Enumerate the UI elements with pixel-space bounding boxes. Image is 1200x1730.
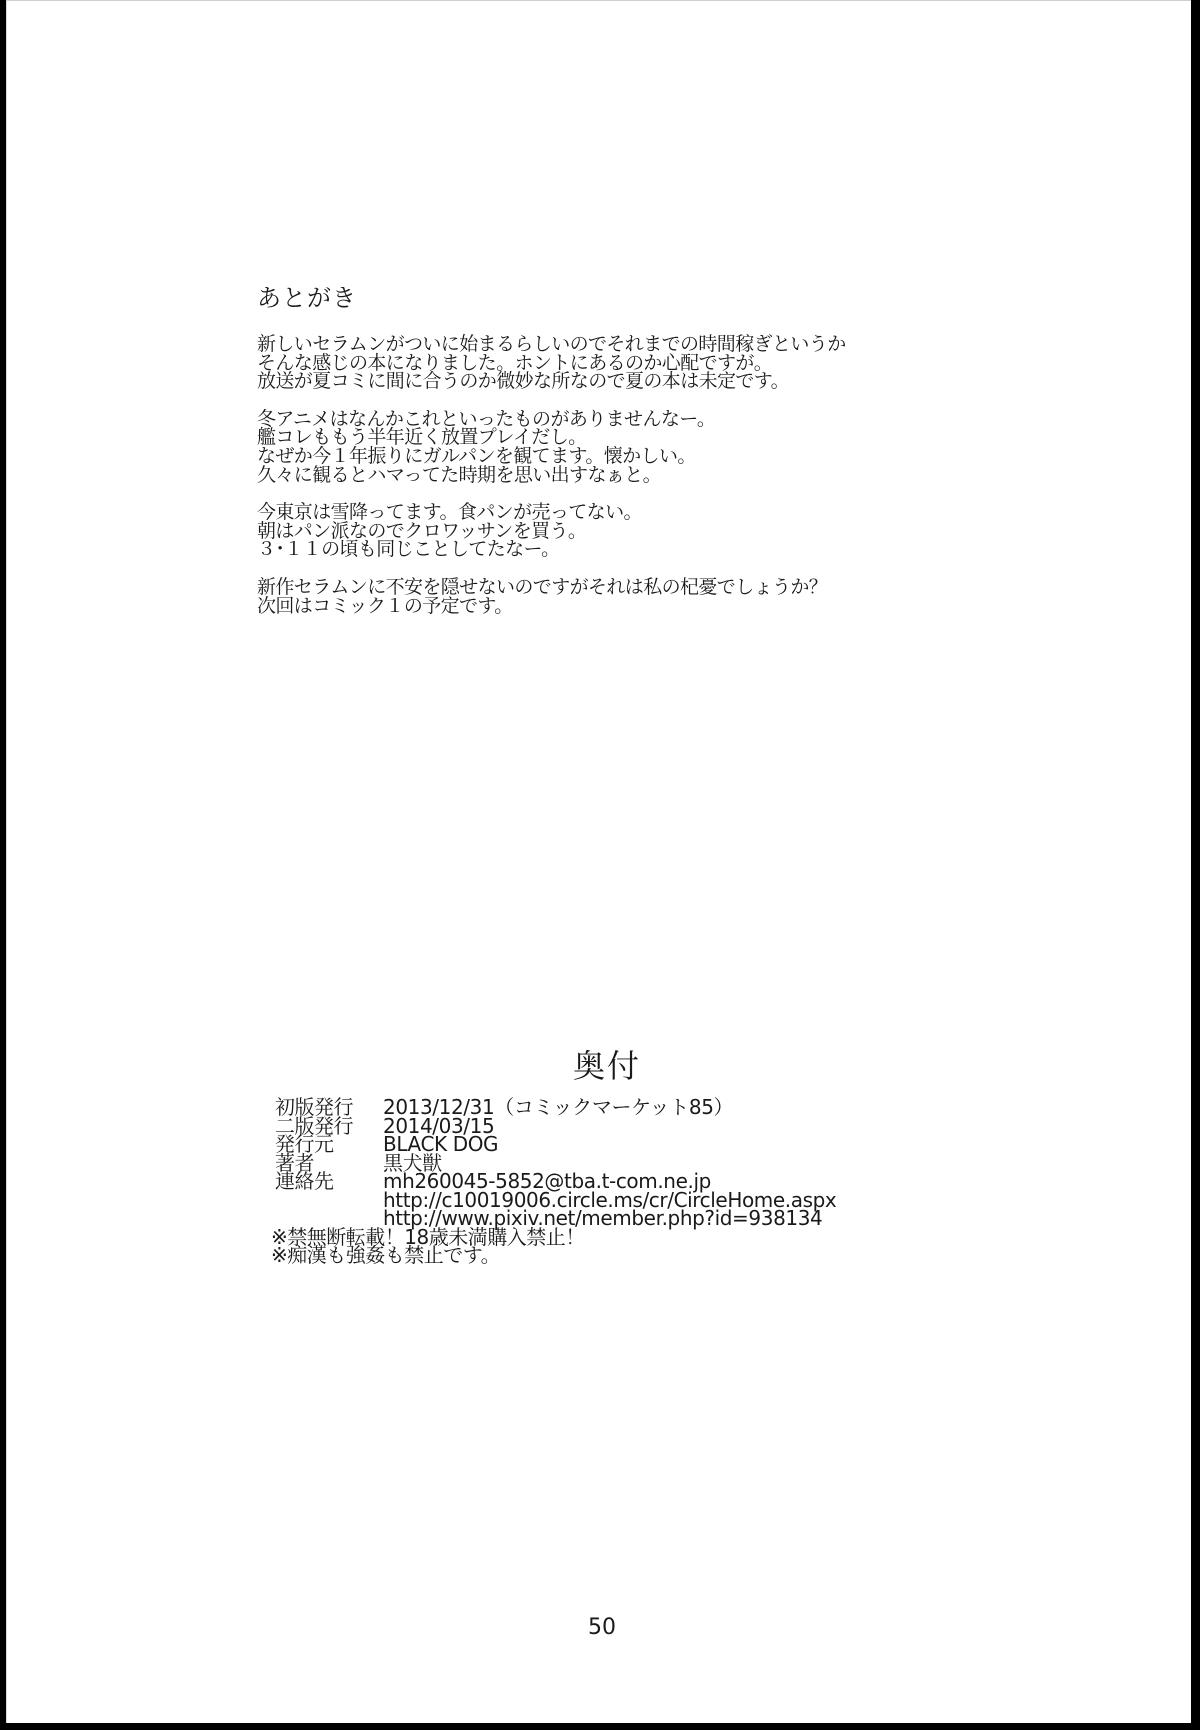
afterword-paragraph-3: 今東京は雪降ってます。食パンが売ってない。 朝はパン派なのでクロワッサンを買う。… bbox=[257, 503, 977, 559]
afterword-section: あとがき 新しいセラムンがついに始まるらしいのでそれまでの時間稼ぎというか そん… bbox=[257, 283, 977, 634]
text-line: 今東京は雪降ってます。食パンが売ってない。 bbox=[257, 503, 977, 522]
text-line: 次回はコミック１の予定です。 bbox=[257, 597, 977, 616]
colophon-row-second-edition: 二版発行 2014/03/15 bbox=[275, 1117, 975, 1136]
text-line: 放送が夏コミに間に合うのか微妙な所なので夏の本は未定です。 bbox=[257, 372, 977, 391]
text-line: 新作セラムンに不安を隠せないのですがそれは私の杞憂でしょうか？ bbox=[257, 578, 977, 597]
text-line: 久々に観るとハマってた時期を思い出すなぁと。 bbox=[257, 466, 977, 485]
text-line: ３･１１の頃も同じことしてたなー。 bbox=[257, 540, 977, 559]
document-page: あとがき 新しいセラムンがついに始まるらしいのでそれまでの時間稼ぎというか そん… bbox=[6, 0, 1191, 1723]
notice-prohibited: ※痴漢も強姦も禁止です。 bbox=[271, 1246, 975, 1265]
colophon-label: 連絡先 bbox=[275, 1172, 383, 1191]
colophon-label bbox=[275, 1191, 383, 1210]
afterword-paragraph-2: 冬アニメはなんかこれといったものがありませんなー。 艦コレももう半年近く放置プレ… bbox=[257, 410, 977, 484]
text-line: 新しいセラムンがついに始まるらしいのでそれまでの時間稼ぎというか bbox=[257, 335, 977, 354]
colophon-row-first-edition: 初版発行 2013/12/31（コミックマーケット85） bbox=[275, 1098, 975, 1117]
colophon-row-publisher: 発行元 BLACK DOG bbox=[275, 1135, 975, 1154]
colophon-title: 奥付 bbox=[7, 1046, 1200, 1086]
afterword-paragraph-4: 新作セラムンに不安を隠せないのですがそれは私の杞憂でしょうか？ 次回はコミック１… bbox=[257, 578, 977, 615]
afterword-paragraph-1: 新しいセラムンがついに始まるらしいのでそれまでの時間稼ぎというか そんな感じの本… bbox=[257, 335, 977, 391]
afterword-title: あとがき bbox=[257, 283, 977, 313]
colophon-section: 初版発行 2013/12/31（コミックマーケット85） 二版発行 2014/0… bbox=[275, 1098, 975, 1265]
page-number: 50 bbox=[7, 1615, 1197, 1641]
text-line: なぜか今１年振りにガルパンを観てます。懐かしい。 bbox=[257, 447, 977, 466]
